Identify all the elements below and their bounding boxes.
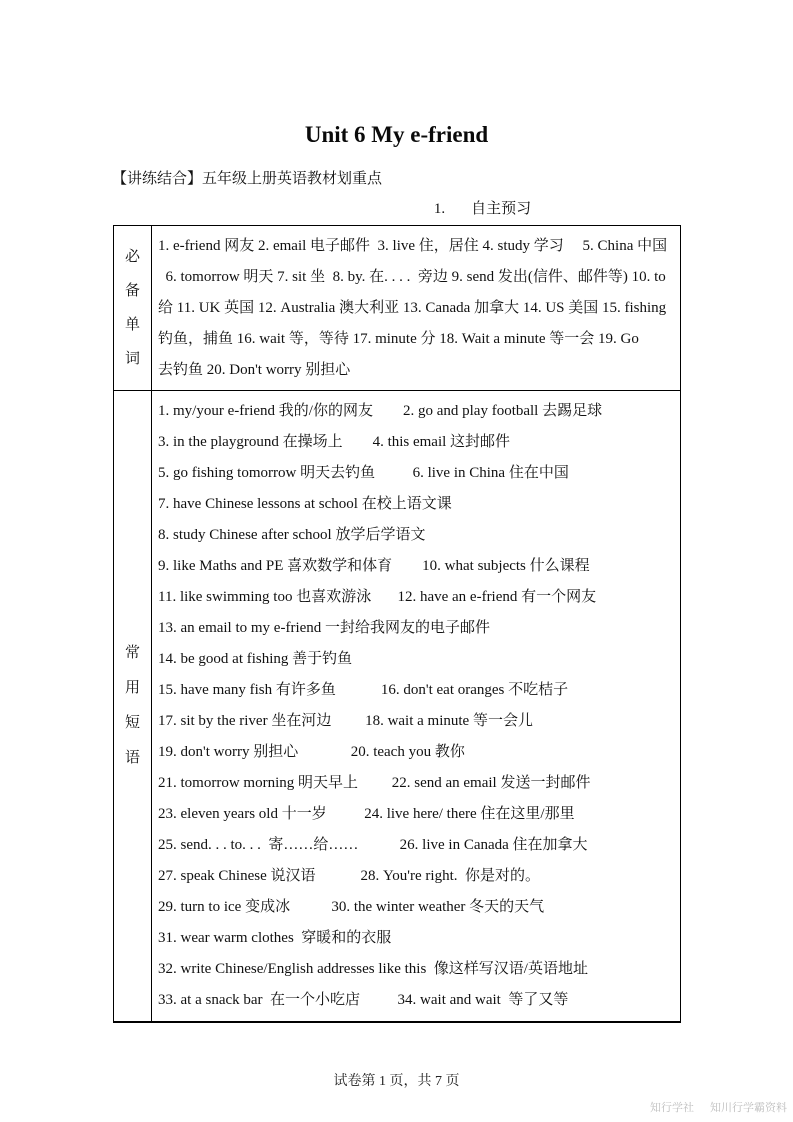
watermark: 知行学社 知川行学霸资料	[650, 1099, 787, 1115]
vocab-line: 去钓鱼 20. Don't worry 别担心	[158, 355, 676, 386]
page-footer: 试卷第 1 页，共 7 页	[0, 1070, 793, 1090]
vocab-line: 6. tomorrow 明天 7. sit 坐 8. by. 在. . . . …	[158, 262, 676, 293]
label-char: 单	[125, 308, 140, 342]
row-label-common-phrases: 常用短语	[114, 391, 152, 1021]
vocab-table: 必备单词 1. e-friend 网友 2. email 电子邮件 3. liv…	[113, 225, 681, 1023]
label-char: 用	[125, 671, 140, 706]
phrase-line: 21. tomorrow morning 明天早上 22. send an em…	[158, 768, 676, 799]
phrase-line: 33. at a snack bar 在一个小吃店 34. wait and w…	[158, 985, 676, 1016]
label-char: 语	[125, 741, 140, 776]
label-char: 常	[125, 636, 140, 671]
section-heading: 1.自主预习	[0, 197, 793, 218]
phrase-line: 1. my/your e-friend 我的/你的网友 2. go and pl…	[158, 396, 676, 427]
phrase-line: 9. like Maths and PE 喜欢数学和体育 10. what su…	[158, 551, 676, 582]
phrase-line: 14. be good at fishing 善于钓鱼	[158, 644, 676, 675]
vocab-line: 给 11. UK 英国 12. Australia 澳大利亚 13. Canad…	[158, 293, 676, 324]
phrase-line: 29. turn to ice 变成冰 30. the winter weath…	[158, 892, 676, 923]
subtitle: 【讲练结合】五年级上册英语教材划重点	[112, 167, 382, 188]
label-char: 短	[125, 706, 140, 741]
row-label-essential-words: 必备单词	[114, 226, 152, 390]
table-row-common-phrases: 常用短语 1. my/your e-friend 我的/你的网友 2. go a…	[114, 391, 680, 1021]
vocab-line: 1. e-friend 网友 2. email 电子邮件 3. live 住，居…	[158, 231, 676, 262]
phrase-line: 32. write Chinese/English addresses like…	[158, 954, 676, 985]
label-char: 备	[125, 274, 140, 308]
phrase-line: 7. have Chinese lessons at school 在校上语文课	[158, 489, 676, 520]
phrase-line: 3. in the playground 在操场上 4. this email …	[158, 427, 676, 458]
phrase-line: 5. go fishing tomorrow 明天去钓鱼 6. live in …	[158, 458, 676, 489]
phrase-line: 17. sit by the river 坐在河边 18. wait a min…	[158, 706, 676, 737]
phrase-line: 15. have many fish 有许多鱼 16. don't eat or…	[158, 675, 676, 706]
phrase-line: 11. like swimming too 也喜欢游泳 12. have an …	[158, 582, 676, 613]
section-title: 自主预习	[471, 201, 531, 217]
page-title: Unit 6 My e-friend	[0, 122, 793, 148]
vocab-line: 钓鱼，捕鱼 16. wait 等，等待 17. minute 分 18. Wai…	[158, 324, 676, 355]
label-char: 必	[125, 240, 140, 274]
phrase-line: 13. an email to my e-friend 一封给我网友的电子邮件	[158, 613, 676, 644]
row-content-essential-words: 1. e-friend 网友 2. email 电子邮件 3. live 住，居…	[152, 226, 680, 390]
row-content-common-phrases: 1. my/your e-friend 我的/你的网友 2. go and pl…	[152, 391, 680, 1021]
table-row-essential-words: 必备单词 1. e-friend 网友 2. email 电子邮件 3. liv…	[114, 226, 680, 391]
document-page: Unit 6 My e-friend 【讲练结合】五年级上册英语教材划重点 1.…	[0, 0, 793, 1122]
phrase-line: 23. eleven years old 十一岁 24. live here/ …	[158, 799, 676, 830]
phrase-line: 27. speak Chinese 说汉语 28. You're right. …	[158, 861, 676, 892]
phrase-line: 19. don't worry 别担心 20. teach you 教你	[158, 737, 676, 768]
phrase-line: 31. wear warm clothes 穿暖和的衣服	[158, 923, 676, 954]
phrase-line: 25. send. . . to. . . 寄……给…… 26. live in…	[158, 830, 676, 861]
watermark-left-text: 知行学社	[650, 1099, 694, 1115]
section-number: 1.	[434, 201, 445, 217]
watermark-right-text: 知川行学霸资料	[710, 1099, 787, 1115]
phrase-line: 8. study Chinese after school 放学后学语文	[158, 520, 676, 551]
label-char: 词	[125, 342, 140, 376]
